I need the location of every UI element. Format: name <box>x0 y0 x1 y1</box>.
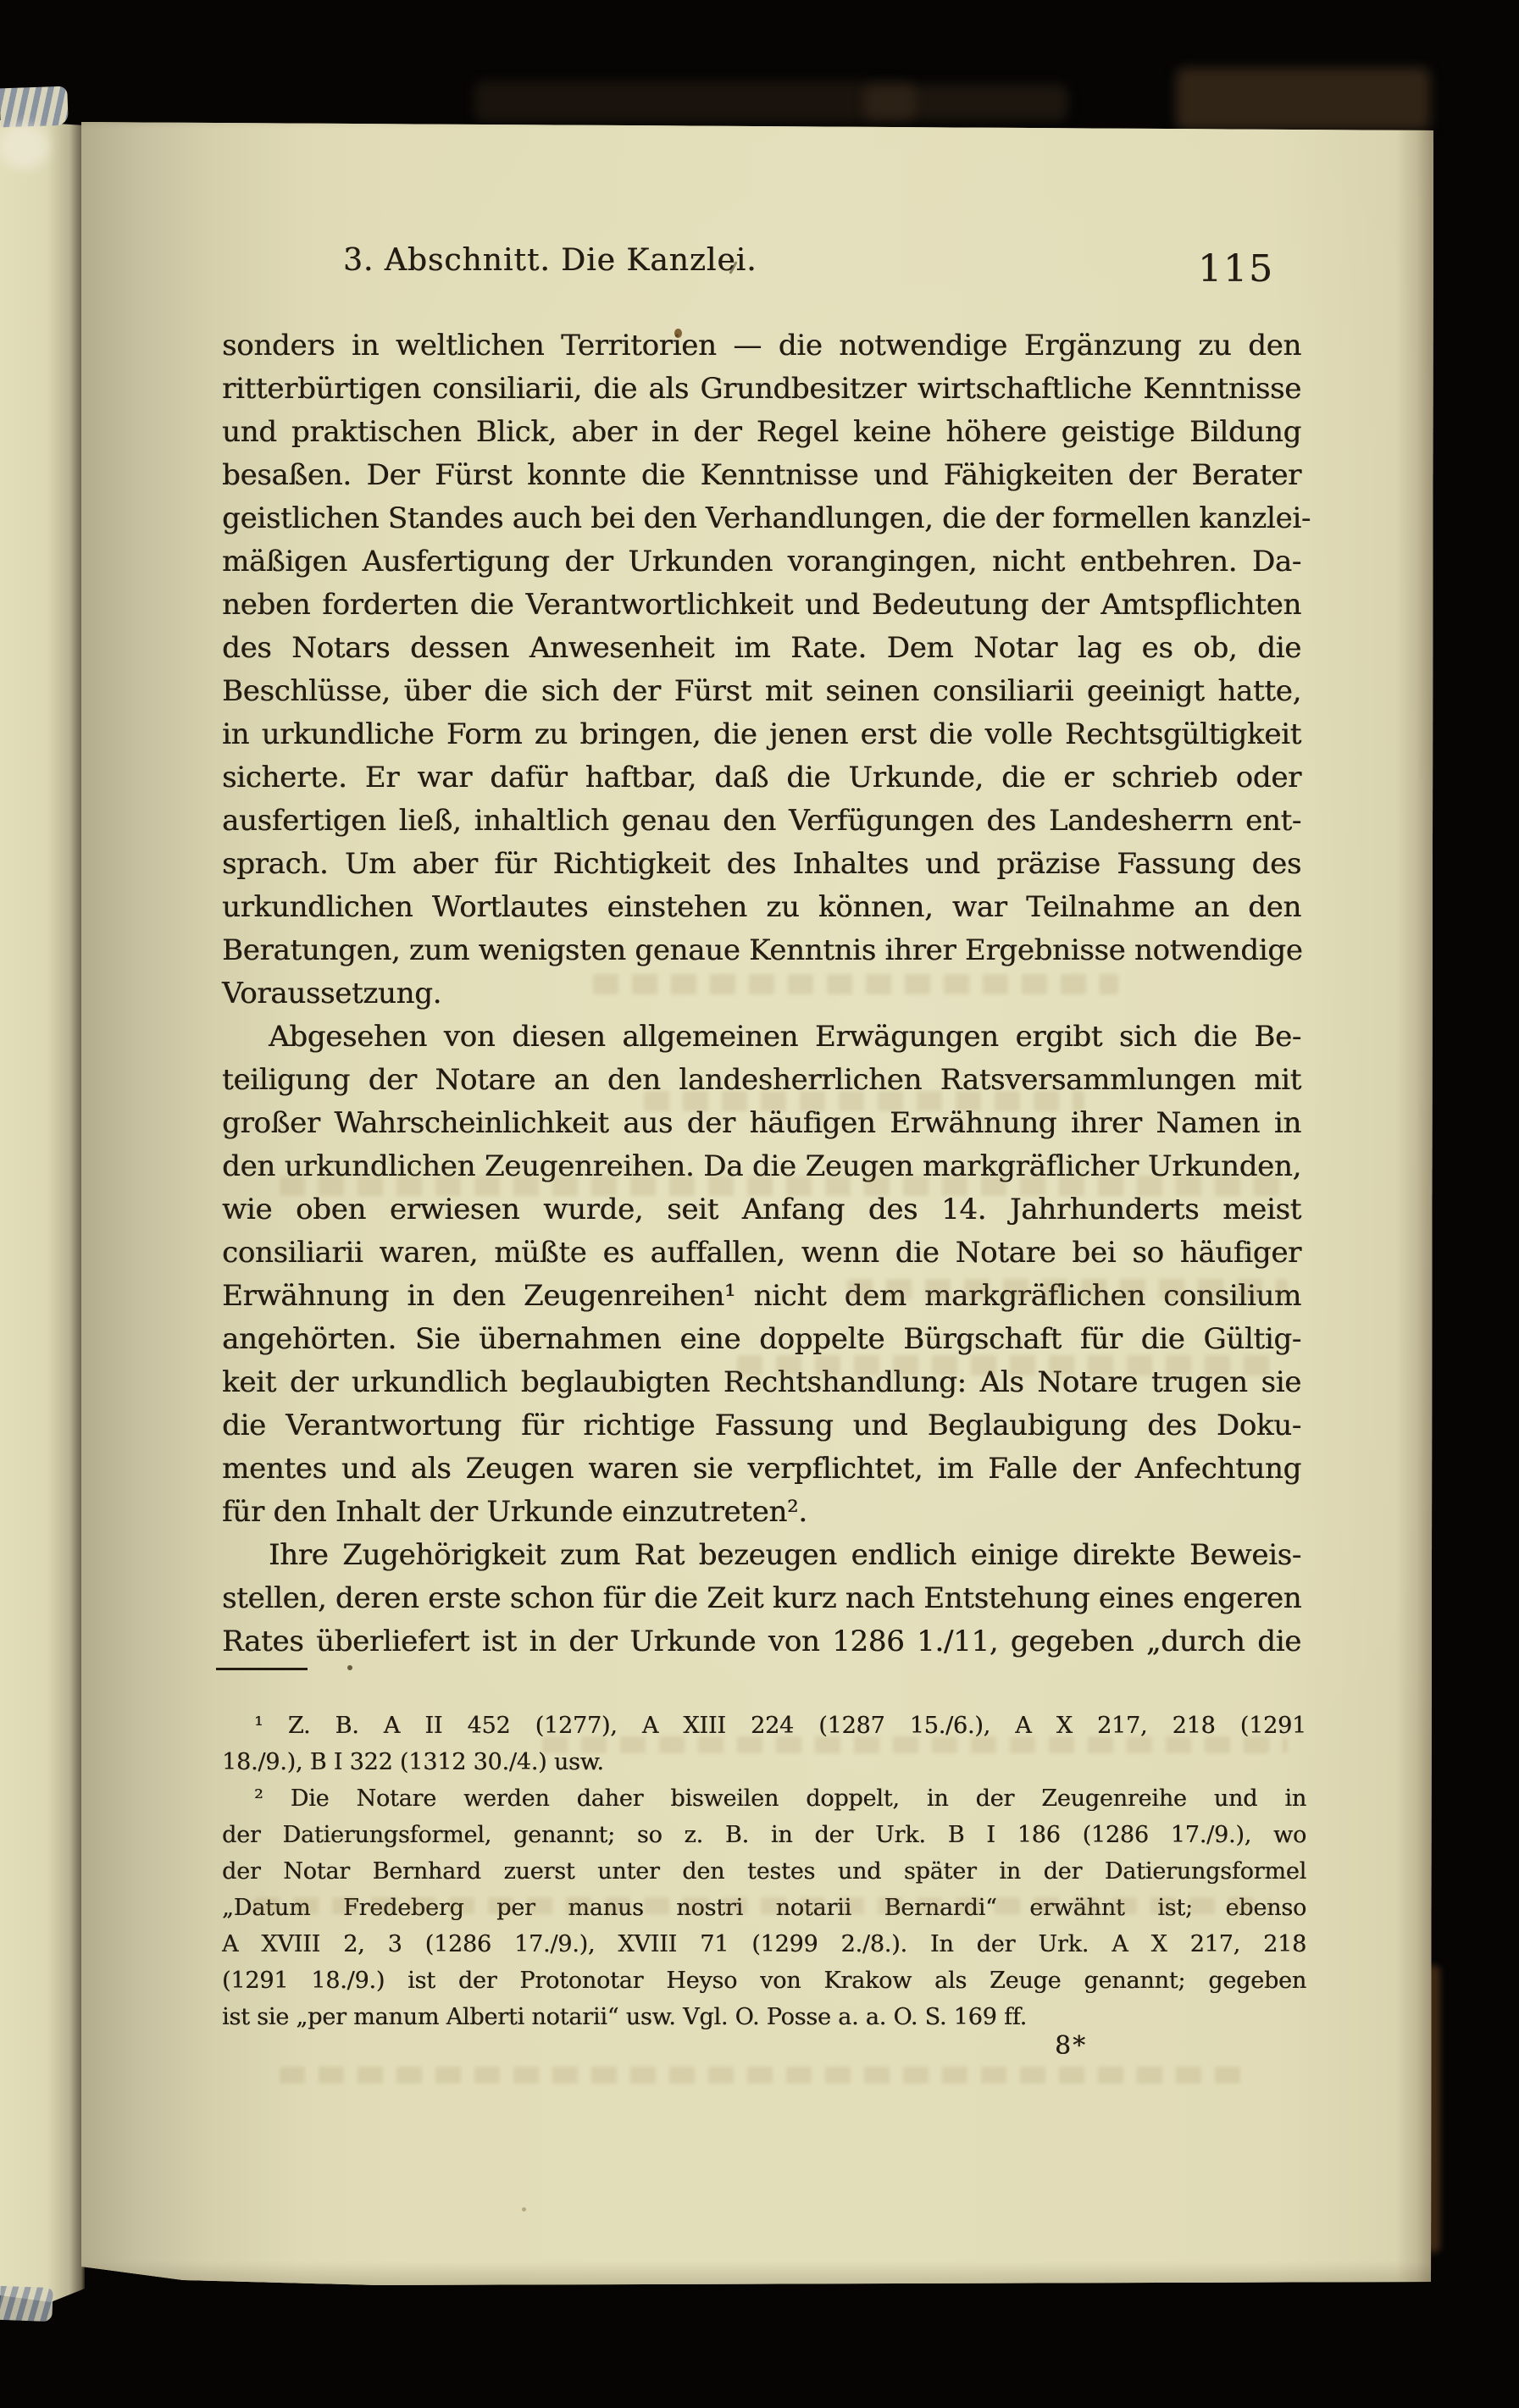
text-line: für den Inhalt der Urkunde einzutreten². <box>222 1491 1301 1534</box>
bleed-through-smudge <box>847 1279 1288 1299</box>
paper-speck <box>1081 513 1085 518</box>
paper-wisp <box>0 124 49 169</box>
text-line: geistlichen Standes auch bei den Verhand… <box>222 497 1301 540</box>
text-line: des Notars dessen Anwesenheit im Rate. D… <box>222 627 1301 670</box>
headband-top <box>0 86 69 128</box>
text-line: sprach. Um aber für Richtigkeit des Inha… <box>222 843 1301 886</box>
text-line: ausfertigen ließ, inhaltlich genau den V… <box>222 800 1301 843</box>
text-line: neben forderten die Verantwortlichkeit u… <box>222 584 1301 627</box>
bleed-through-smudge <box>254 1897 1271 1914</box>
text-line: Ihre Zugehörigkeit zum Rat bezeugen endl… <box>222 1534 1301 1577</box>
bleed-through-smudge <box>542 1736 1288 1753</box>
text-line: Rates überliefert ist in der Urkunde von… <box>222 1620 1301 1663</box>
bleed-through-smudge <box>644 1091 1084 1111</box>
text-line: in urkundliche Form zu bringen, die jene… <box>222 713 1301 756</box>
text-line: die Verantwortung für richtige Fassung u… <box>222 1404 1301 1448</box>
text-line: stellen, deren erste schon für die Zeit … <box>222 1577 1301 1620</box>
section-heading: 3. Abschnitt. Die Kanzlei. <box>343 243 757 278</box>
text-line: ritterbürtigen consiliarii, die als Grun… <box>222 368 1301 411</box>
bleed-through-smudge <box>737 1355 1279 1376</box>
text-line: Beschlüsse, über die sich der Fürst mit … <box>222 670 1301 713</box>
book-page: 3. Abschnitt. Die Kanzlei. 115 sonders i… <box>81 115 1435 2285</box>
footnotes: ¹ Z. B. A II 452 (1277), A XIII 224 (128… <box>222 1708 1306 2035</box>
text-line: Abgesehen von diesen allgemeinen Erwägun… <box>222 1016 1301 1059</box>
paper-speck <box>522 2207 526 2211</box>
bleed-through-smudge <box>280 2067 1254 2084</box>
footnote-line: ist sie „per manum Alberti notarii“ usw.… <box>222 1999 1306 2035</box>
text-line: mentes und als Zeugen waren sie verpflic… <box>222 1448 1301 1491</box>
scan-smudge <box>474 81 915 122</box>
footnote-line: der Datierungsformel, genannt; so z. B. … <box>222 1817 1306 1853</box>
signature-mark: 8* <box>1055 2031 1087 2061</box>
running-head: 3. Abschnitt. Die Kanzlei. <box>343 242 936 280</box>
footnote-line: (1291 18./9.) ist der Protonotar Heyso v… <box>222 1962 1306 1999</box>
page-number: 115 <box>1198 249 1274 290</box>
text-line: mäßigen Ausfertigung der Urkunden vorang… <box>222 540 1301 584</box>
text-line: urkundlichen Wortlautes einstehen zu kön… <box>222 886 1301 929</box>
scan-smudge <box>864 85 1067 120</box>
text-line: und praktischen Blick, aber in der Regel… <box>222 411 1301 454</box>
footnote-separator <box>216 1668 308 1670</box>
footnote-line: A XVIII 2, 3 (1286 17./9.), XVIII 71 (12… <box>222 1926 1306 1962</box>
paper-speck <box>674 329 682 338</box>
book-scan: 3. Abschnitt. Die Kanzlei. 115 sonders i… <box>0 0 1519 2408</box>
text-line: Beratungen, zum wenigsten genaue Kenntni… <box>222 929 1301 972</box>
text-line: besaßen. Der Fürst konnte die Kenntnisse… <box>222 454 1301 497</box>
headband-bottom <box>0 2286 53 2322</box>
text-line: sonders in weltlichen Territorien — die … <box>222 324 1301 368</box>
previous-page-edge <box>0 120 85 2302</box>
footnote-line: der Notar Bernhard zuerst unter den test… <box>222 1853 1306 1890</box>
text-line: sicherte. Er war dafür haftbar, daß die … <box>222 756 1301 800</box>
scan-smudge <box>1176 68 1430 130</box>
text-line: consiliarii waren, müßte es auffallen, w… <box>222 1232 1301 1275</box>
bleed-through-smudge <box>280 1176 1279 1196</box>
footnote-line: ² Die Notare werden daher bisweilen dopp… <box>222 1780 1306 1817</box>
paper-speck <box>347 1665 352 1670</box>
bleed-through-smudge <box>593 974 1118 994</box>
